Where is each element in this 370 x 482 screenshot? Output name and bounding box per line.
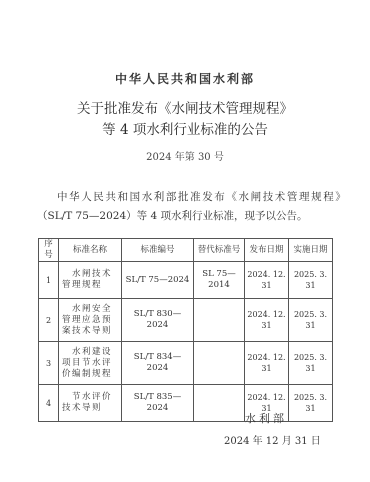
cell-replaces (194, 342, 245, 385)
cell-effective: 2025. 3. 31 (289, 262, 333, 299)
cell-issued: 2024. 12. 31 (245, 299, 289, 342)
cell-replaces: SL 75—2014 (194, 262, 245, 299)
cell-code: SL/T 830—2024 (122, 299, 194, 342)
cell-code: SL/T 75—2024 (122, 262, 194, 299)
header-name: 标准名称 (59, 239, 122, 262)
cell-effective: 2025. 3. 31 (289, 342, 333, 385)
cell-name: 水闸技术管理规程 (59, 262, 122, 299)
signature-organization: 水利部 (245, 410, 287, 426)
cell-name: 节水评价技术导则 (59, 385, 122, 422)
cell-name: 水闸安全管理应急预案技术导则 (59, 299, 122, 342)
standards-table: 序号 标准名称 标准编号 替代标准号 发布日期 实施日期 1 水闸技术管理规程 … (38, 238, 333, 422)
body-paragraph-line1: 中华人民共和国水利部批准发布《水闸技术管理规程》 (57, 189, 347, 204)
issuer-name: 中华人民共和国水利部 (0, 70, 370, 87)
header-effective: 实施日期 (289, 239, 333, 262)
signature-date: 2024 年 12 月 31 日 (224, 432, 321, 447)
cell-name: 水利建设项目节水评价编制规程 (59, 342, 122, 385)
cell-no: 2 (39, 299, 59, 342)
table-row: 2 水闸安全管理应急预案技术导则 SL/T 830—2024 2024. 12.… (39, 299, 333, 342)
cell-issued: 2024. 12. 31 (245, 342, 289, 385)
cell-no: 4 (39, 385, 59, 422)
table-row: 4 节水评价技术导则 SL/T 835—2024 2024. 12. 31 20… (39, 385, 333, 422)
header-replaces: 替代标准号 (194, 239, 245, 262)
cell-code: SL/T 834—2024 (122, 342, 194, 385)
cell-no: 1 (39, 262, 59, 299)
announcement-title-line2: 等 4 项水利行业标准的公告 (0, 118, 370, 138)
cell-code: SL/T 835—2024 (122, 385, 194, 422)
header-issued: 发布日期 (245, 239, 289, 262)
header-no: 序号 (39, 239, 59, 262)
cell-issued: 2024. 12. 31 (245, 262, 289, 299)
table-row: 1 水闸技术管理规程 SL/T 75—2024 SL 75—2014 2024.… (39, 262, 333, 299)
document-number: 2024 年第 30 号 (0, 148, 370, 163)
table-row: 3 水利建设项目节水评价编制规程 SL/T 834—2024 2024. 12.… (39, 342, 333, 385)
cell-replaces (194, 299, 245, 342)
header-code: 标准编号 (122, 239, 194, 262)
cell-effective: 2025. 3. 31 (289, 385, 333, 422)
body-paragraph-line2: （SL/T 75—2024）等 4 项水利行业标准，现予以公告。 (37, 208, 307, 223)
announcement-title-line1: 关于批准发布《水闸技术管理规程》 (0, 97, 370, 117)
cell-replaces (194, 385, 245, 422)
cell-effective: 2025. 3. 31 (289, 299, 333, 342)
cell-no: 3 (39, 342, 59, 385)
table-header-row: 序号 标准名称 标准编号 替代标准号 发布日期 实施日期 (39, 239, 333, 262)
